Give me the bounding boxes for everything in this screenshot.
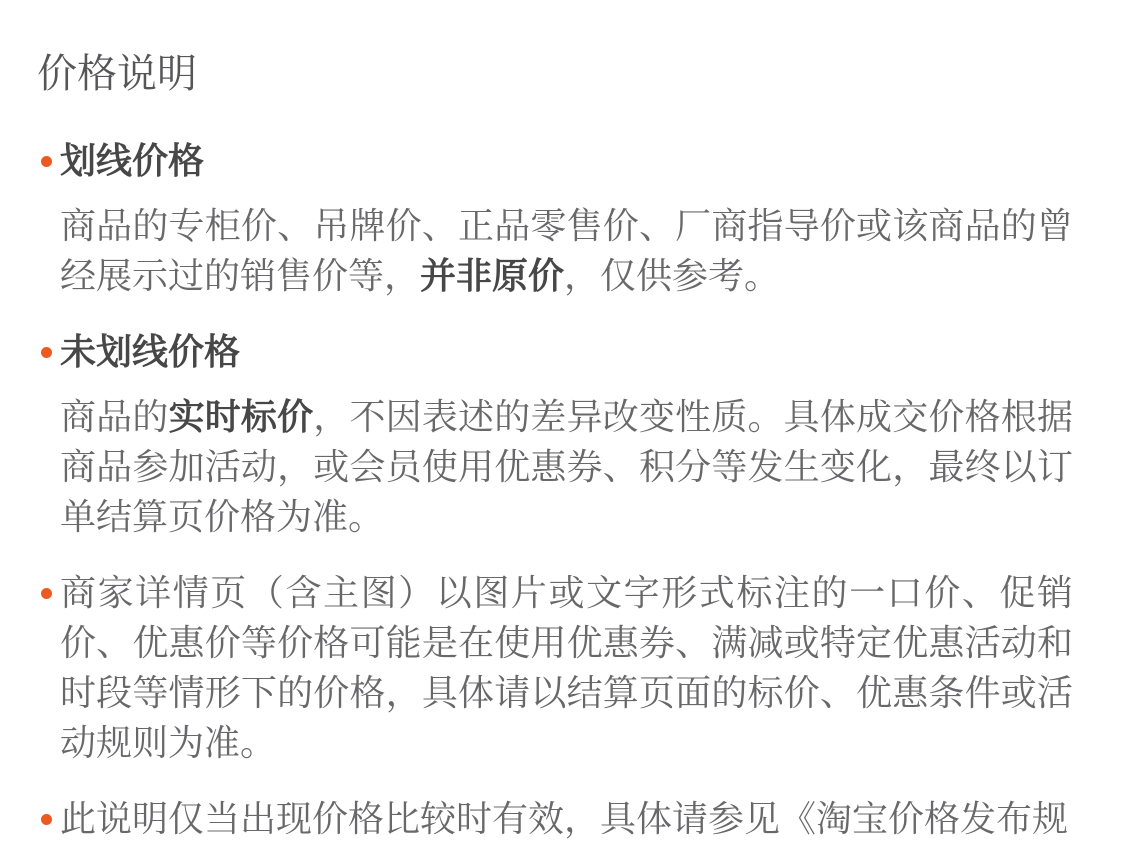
item-body: 商品的实时标价，不因表述的差异改变性质。具体成交价格根据商品参加活动，或会员使用…	[60, 392, 1073, 542]
item-body: 此说明仅当出现价格比较时有效，具体请参见《淘宝价格发布规	[60, 794, 1073, 844]
list-item-unstrikethrough-price: 未划线价格 商品的实时标价，不因表述的差异改变性质。具体成交价格根据商品参加活动…	[37, 327, 1073, 542]
body-text-segment-bold: 实时标价	[169, 396, 314, 437]
item-heading: 未划线价格	[60, 327, 1073, 377]
item-body: 商家详情页（含主图）以图片或文字形式标注的一口价、促销价、优惠价等价格可能是在使…	[60, 568, 1073, 768]
bullet-dot-icon	[41, 347, 52, 358]
body-text-segment: 此说明仅当出现价格比较时有效，具体请参见《淘宝价格发布规	[60, 798, 1068, 839]
bullet-dot-icon	[41, 814, 52, 825]
list-item-validity-note: 此说明仅当出现价格比较时有效，具体请参见《淘宝价格发布规	[37, 794, 1073, 844]
page-title: 价格说明	[37, 46, 1073, 102]
notes-list: 划线价格 商品的专柜价、吊牌价、正品零售价、厂商指导价或该商品的曾经展示过的销售…	[37, 136, 1073, 844]
body-text-segment: 商品的	[60, 396, 169, 437]
price-explanation-page: 价格说明 划线价格 商品的专柜价、吊牌价、正品零售价、厂商指导价或该商品的曾经展…	[0, 0, 1125, 844]
bullet-dot-icon	[41, 588, 52, 599]
bullet-dot-icon	[41, 156, 52, 167]
item-heading: 划线价格	[60, 136, 1073, 186]
item-body: 商品的专柜价、吊牌价、正品零售价、厂商指导价或该商品的曾经展示过的销售价等，并非…	[60, 201, 1073, 301]
body-text-segment-bold: 并非原价	[420, 255, 564, 296]
body-text-segment: ，仅供参考。	[564, 255, 780, 296]
list-item-merchant-detail-page: 商家详情页（含主图）以图片或文字形式标注的一口价、促销价、优惠价等价格可能是在使…	[37, 568, 1073, 768]
list-item-strikethrough-price: 划线价格 商品的专柜价、吊牌价、正品零售价、厂商指导价或该商品的曾经展示过的销售…	[37, 136, 1073, 301]
body-text-segment: 商家详情页（含主图）以图片或文字形式标注的一口价、促销价、优惠价等价格可能是在使…	[60, 572, 1073, 763]
